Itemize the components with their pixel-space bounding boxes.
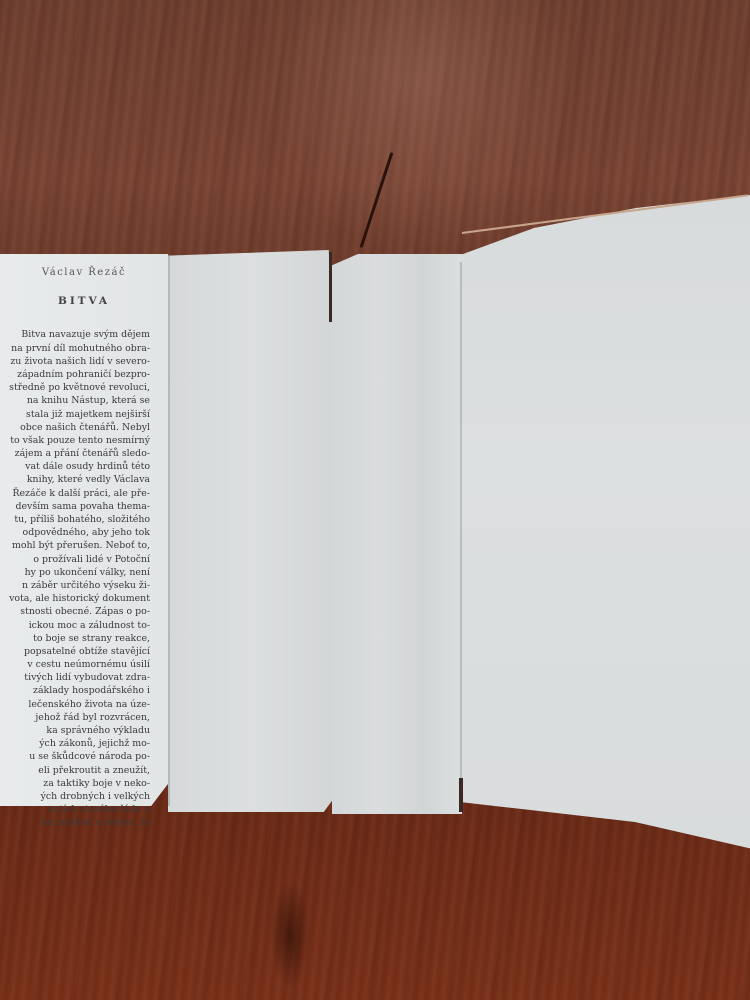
- blurb-line: jehož řád byl rozvrácen,: [0, 711, 150, 724]
- blurb-line: popsatelné obtíže stavějící: [0, 645, 150, 658]
- blurb-line: ých drobných i velkých: [0, 790, 150, 803]
- dust-jacket: Václav Řezáč BITVA Bitva navazuje svým d…: [0, 0, 750, 1000]
- front-flap-text: Václav Řezáč BITVA Bitva navazuje svým d…: [0, 266, 150, 830]
- blurb-line: n záběr určitého výseku ži-: [0, 579, 150, 592]
- bottom-spine-tear: [459, 778, 463, 812]
- blurb-line: základy hospodářského i: [0, 684, 150, 697]
- blurb-line: o prožívali lidé v Potoční: [0, 553, 150, 566]
- blurb-line: tu, příliš bohatého, složitého: [0, 513, 150, 526]
- blurb-line: u se škůdcové národa po-: [0, 750, 150, 763]
- top-spine-tear: [329, 252, 332, 322]
- blurb-text: Bitva navazuje svým dějemna první díl mo…: [0, 328, 150, 829]
- blurb-line: nutích starého řádu a: [0, 803, 150, 816]
- blurb-line: lečenského života na úze-: [0, 698, 150, 711]
- blurb-line: v cestu neúmornému úsilí: [0, 658, 150, 671]
- blurb-line: to boje se strany reakce,: [0, 632, 150, 645]
- blurb-line: vat dále osudy hrdinů této: [0, 460, 150, 473]
- blurb-line: za taktiky boje v neko-: [0, 777, 150, 790]
- book-title: BITVA: [18, 295, 150, 308]
- blurb-line: ých zákonů, jejichž mo-: [0, 737, 150, 750]
- blurb-line: mohl být přerušen. Neboť to,: [0, 539, 150, 552]
- front-cover-panel: [168, 250, 332, 812]
- blurb-line: zájem a přání čtenářů sledo-: [0, 447, 150, 460]
- blurb-line: středně po květnové revoluci,: [0, 381, 150, 394]
- blurb-line: devším sama povaha thema-: [0, 500, 150, 513]
- author-name: Václav Řezáč: [18, 266, 150, 279]
- blurb-line: eli překroutit a zneužít,: [0, 764, 150, 777]
- spine-panel: [332, 254, 462, 814]
- blurb-line: odpovědného, aby jeho tok: [0, 526, 150, 539]
- blurb-line: tivých lidí vybudovat zdra-: [0, 671, 150, 684]
- blurb-line: ickou moc a záludnost to-: [0, 619, 150, 632]
- blurb-line: knihy, které vedly Václava: [0, 473, 150, 486]
- flap-fold-line: [168, 254, 170, 806]
- blurb-line: obce našich čtenářů. Nebyl: [0, 421, 150, 434]
- blurb-line: to však pouze tento nesmírný: [0, 434, 150, 447]
- back-cover-panel: [462, 195, 750, 855]
- blurb-line: hy po ukončení války, není: [0, 566, 150, 579]
- blurb-line: západním pohraničí bezpro-: [0, 368, 150, 381]
- blurb-line: vota, ale historický dokument: [0, 592, 150, 605]
- blurb-line: stala již majetkem nejširší: [0, 408, 150, 421]
- blurb-line: ka správného výkladu: [0, 724, 150, 737]
- spine-fold-line: [460, 262, 462, 810]
- blurb-line: na první díl mohutného obra-: [0, 342, 150, 355]
- blurb-line: bu myšlení s novým, to: [0, 816, 150, 829]
- blurb-line: Bitva navazuje svým dějem: [0, 328, 150, 341]
- blurb-line: zu života našich lidí v severo-: [0, 355, 150, 368]
- blurb-line: stnosti obecné. Zápas o po-: [0, 605, 150, 618]
- blurb-line: na knihu Nástup, která se: [0, 394, 150, 407]
- blurb-line: Řezáče k další práci, ale pře-: [0, 487, 150, 500]
